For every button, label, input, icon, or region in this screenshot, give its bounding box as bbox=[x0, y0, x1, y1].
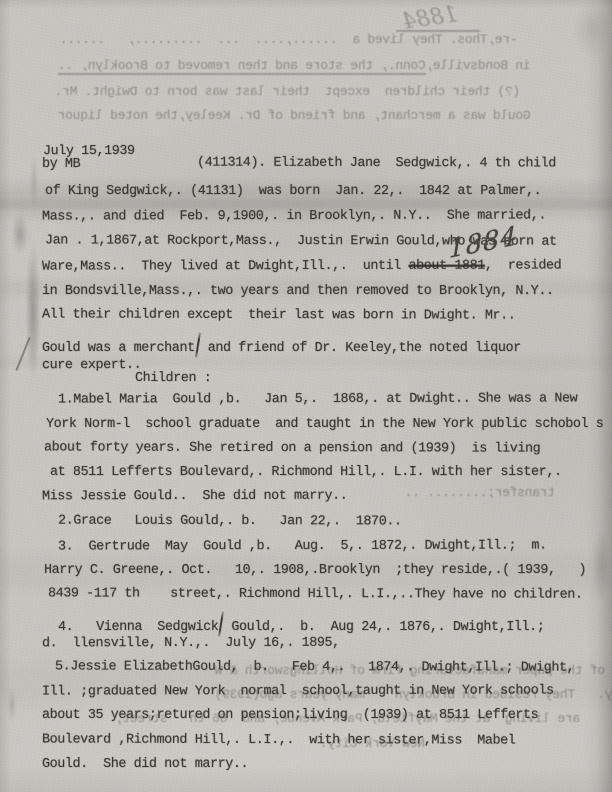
scan-smudge bbox=[592, 530, 610, 600]
text-segment: cure expert.. bbox=[42, 358, 141, 373]
text-line: in Bondsville,Mass.,. two years and then… bbox=[42, 284, 554, 299]
text-line: cure expert.. bbox=[42, 358, 141, 373]
byline: by MB bbox=[42, 157, 80, 172]
bleed-through-underline bbox=[396, 30, 480, 32]
bleed-through-line: Whitney. They resided in Brooklyn many y… bbox=[215, 687, 612, 702]
text-segment: Ill. ;graduated New York normal school,t… bbox=[42, 683, 554, 699]
text-segment: 4. Vienna Sedgwick bbox=[58, 620, 218, 635]
scan-smudge bbox=[26, 246, 40, 378]
text-line: Ware,Mass.. They lived at Dwight,Ill.,. … bbox=[42, 258, 561, 274]
scan-smudge-band bbox=[0, 652, 612, 712]
handwritten-pen-stroke bbox=[218, 611, 224, 637]
bleed-through-line: transfer;........ .. bbox=[405, 485, 555, 500]
bleed-through-line: (?) their children except their last was… bbox=[55, 84, 520, 99]
bleed-through-line: Gould was a merchant, and friend of Dr. … bbox=[58, 108, 531, 123]
text-segment: Jan . 1,1867,at Rockport,Mass., Justin E… bbox=[45, 233, 557, 249]
date-line: July 15,1939 bbox=[43, 144, 135, 159]
text-segment: by MB bbox=[42, 157, 80, 172]
bleed-through-handwriting: 1884 bbox=[401, 2, 460, 35]
text-segment: (411314). Elizabeth Jane Sedgwick,. 4 th… bbox=[197, 156, 556, 172]
child-4-line: 4. Vienna Sedgwick Gould,. b. Aug 24,. 1… bbox=[58, 611, 544, 637]
text-segment: York Norm-l school graduate and taught i… bbox=[46, 417, 603, 432]
text-line: about forty years. She retired on a pens… bbox=[44, 440, 540, 456]
scanned-page: -re,Thos. They lived a ......,.... ... .… bbox=[0, 0, 612, 792]
struck-out-text: about 1881 bbox=[408, 259, 484, 274]
text-segment: Boulevard ,Richmond Hill,. L.I.,. with h… bbox=[42, 732, 515, 748]
text-line: Mass.,. and died Feb. 9,1900,. in Brookl… bbox=[42, 208, 546, 224]
text-segment: and friend of Dr. Keeley,the noted liquo… bbox=[200, 341, 521, 356]
text-segment: Miss Jessie Gould.. She did not marry.. bbox=[42, 489, 347, 505]
text-line: at 8511 Lefferts Boulevard,. Richmond Hi… bbox=[50, 465, 562, 480]
text-segment: at 8511 Lefferts Boulevard,. Richmond Hi… bbox=[50, 465, 562, 480]
typewritten-text-layer: July 15,1939by MB(411314). Elizabeth Jan… bbox=[0, 0, 612, 792]
handwriting-layer: 1884 bbox=[0, 0, 612, 792]
text-line: Gould was a merchant and friend of Dr. K… bbox=[42, 332, 521, 358]
text-line: Boulevard ,Richmond Hill,. L.I.,. with h… bbox=[42, 732, 515, 748]
scan-smudge bbox=[12, 214, 28, 254]
text-segment: in Bondsville,Mass.,. two years and then… bbox=[42, 284, 554, 299]
child-3-line: 3. Gertrude May Gould ,b. Aug. 5,. 1872,… bbox=[58, 538, 547, 554]
text-segment: 3. Gertrude May Gould ,b. Aug. 5,. 1872,… bbox=[58, 538, 547, 554]
bleed-through-line: -re,Thos. They lived a ......,.... ... .… bbox=[60, 32, 518, 47]
text-segment: Ware,Mass.. They lived at Dwight,Ill.,. … bbox=[42, 259, 409, 275]
scan-smudge bbox=[574, 2, 610, 58]
child-2-line: 2.Grace Louis Gould,. b. Jan 22,. 1870.. bbox=[58, 514, 402, 530]
text-segment: Gould was a merchant bbox=[42, 341, 195, 356]
text-segment: of King Sedgwick,. (41131) was born Jan.… bbox=[45, 184, 541, 199]
bleed-through-line: are living at the Mayfield, Park Avenue,… bbox=[115, 711, 580, 726]
text-line: 8439 -117 th street,. Richmond Hill,. L.… bbox=[48, 586, 583, 602]
scan-artifact-layer bbox=[0, 0, 612, 792]
text-line: Ill. ;graduated New York normal school,t… bbox=[42, 683, 554, 699]
text-segment: about 35 years;retured on pension;living… bbox=[42, 708, 538, 723]
text-segment: Mass.,. and died Feb. 9,1900,. in Brookl… bbox=[42, 208, 546, 224]
text-segment: Gould. She did not marry.. bbox=[42, 757, 248, 772]
scan-smudge-band bbox=[0, 274, 612, 302]
text-segment: Gould,. b. Aug 24,. 1876,. Dwight,Ill.; bbox=[224, 620, 545, 635]
bleed-through-line: member of the paper manufacturing firm o… bbox=[215, 663, 612, 678]
record-title-line: (411314). Elizabeth Jane Sedgwick,. 4 th… bbox=[197, 156, 556, 172]
handwritten-pen-stroke bbox=[15, 337, 30, 371]
text-line: All their children except their last was… bbox=[42, 307, 515, 323]
text-segment: d. llensville, N.Y.,. July 16,. 1895, bbox=[42, 636, 340, 652]
text-line: York Norm-l school graduate and taught i… bbox=[46, 417, 603, 432]
bleed-through-underline bbox=[58, 73, 426, 75]
text-line: Miss Jessie Gould.. She did not marry.. bbox=[42, 489, 347, 505]
handwritten-year: 1884 bbox=[448, 221, 517, 265]
text-segment: Harry C. Greene,. Oct. 10,. 1908,.Brookl… bbox=[44, 563, 586, 578]
text-line: of King Sedgwick,. (41131) was born Jan.… bbox=[45, 184, 541, 199]
text-segment: 2.Grace Louis Gould,. b. Jan 22,. 1870.. bbox=[58, 514, 402, 530]
scan-smudge-band bbox=[0, 176, 612, 224]
child-5-line: 5.Jessie ElizabethGould, b. Feb 4,. 1874… bbox=[55, 659, 574, 675]
text-segment: about forty years. She retired on a pens… bbox=[44, 440, 540, 456]
text-segment: 5.Jessie ElizabethGould, b. Feb 4,. 1874… bbox=[55, 659, 574, 675]
children-heading: Children : bbox=[135, 371, 211, 386]
text-segment: 1.Mabel Maria Gould ,b. Jan 5,. 1868,. a… bbox=[58, 391, 577, 407]
text-segment: Children : bbox=[135, 371, 211, 386]
scan-smudge-band bbox=[0, 352, 612, 372]
scan-smudge bbox=[30, 156, 38, 206]
text-segment: , resided bbox=[485, 258, 561, 273]
scan-smudge-band bbox=[0, 196, 612, 212]
text-line: Harry C. Greene,. Oct. 10,. 1908,.Brookl… bbox=[44, 563, 586, 578]
text-line: about 35 years;retured on pension;living… bbox=[42, 708, 538, 723]
text-segment: 8439 -117 th street,. Richmond Hill,. L.… bbox=[48, 586, 583, 602]
bleed-through-line: in Bondsville,Conn., the store and then … bbox=[58, 58, 531, 73]
bleed-through-line: New York City. bbox=[320, 736, 425, 751]
text-segment: July 15,1939 bbox=[43, 144, 135, 159]
bleed-through-layer: -re,Thos. They lived a ......,.... ... .… bbox=[0, 0, 612, 792]
text-line: d. llensville, N.Y.,. July 16,. 1895, bbox=[42, 636, 340, 652]
child-1-line: 1.Mabel Maria Gould ,b. Jan 5,. 1868,. a… bbox=[58, 391, 577, 407]
text-line: Gould. She did not marry.. bbox=[42, 757, 248, 772]
scan-smudge bbox=[8, 688, 16, 722]
text-segment: All their children except their last was… bbox=[42, 307, 515, 323]
handwritten-pen-stroke bbox=[195, 332, 201, 358]
scan-smudge-band bbox=[0, 546, 612, 600]
text-line: Jan . 1,1867,at Rockport,Mass., Justin E… bbox=[45, 233, 557, 249]
